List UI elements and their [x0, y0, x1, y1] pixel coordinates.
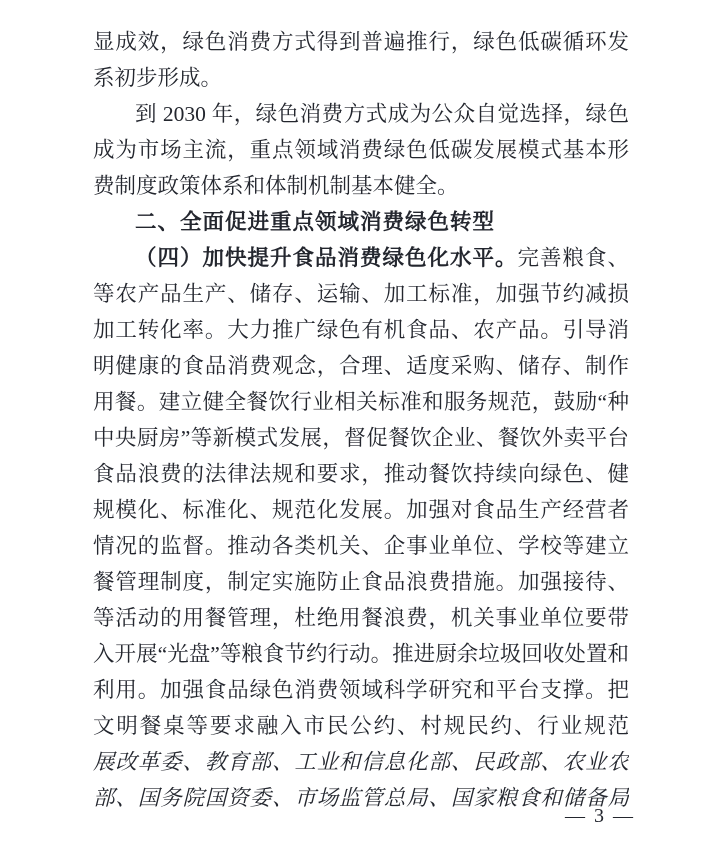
document-page: 显成效，绿色消费方式得到普遍推行，绿色低碳循环发展的消费体系初步形成。到 203… — [0, 0, 719, 843]
document-body: 显成效，绿色消费方式得到普遍推行，绿色低碳循环发展的消费体系初步形成。到 203… — [93, 24, 629, 816]
page-number: — 3 — — [565, 801, 635, 831]
body-text: 利用。加强食品绿色消费领域科学研究和平台支撑。把节粮减损、 — [93, 678, 629, 708]
body-text: 入开展“光盘”等粮食节约行动。推进厨余垃圾回收处置和资源化 — [93, 642, 629, 672]
body-text: 加工转化率。大力推广绿色有机食品、农产品。引导消费者树立文 — [93, 318, 629, 348]
body-text: 食品浪费的法律法规和要求，推动餐饮持续向绿色、健康、安全和 — [93, 462, 629, 492]
document-line: 到 2030 年，绿色消费方式成为公众自觉选择，绿色低碳产品 — [93, 96, 629, 132]
document-line: 文明餐桌等要求融入市民公约、村规民约、行业规范等。（国家发 — [93, 708, 629, 744]
body-text: 费制度政策体系和体制机制基本健全。 — [93, 174, 459, 198]
body-text: 显成效，绿色消费方式得到普遍推行，绿色低碳循环发展的消费体 — [93, 30, 629, 60]
document-line: 情况的监督。推动各类机关、企事业单位、学校等建立健全食堂用 — [93, 528, 629, 564]
document-line: 费制度政策体系和体制机制基本健全。 — [93, 168, 629, 204]
document-line: 入开展“光盘”等粮食节约行动。推进厨余垃圾回收处置和资源化 — [93, 636, 629, 672]
body-text: 中央厨房”等新模式发展，督促餐饮企业、餐饮外卖平台落实好反 — [93, 426, 629, 456]
body-text: 用餐。建立健全餐饮行业相关标准和服务规范，鼓励“种植基地+ — [93, 390, 629, 420]
body-text: 规模化、标准化、规范化发展。加强对食品生产经营者反食品浪费 — [93, 498, 629, 528]
document-line: 利用。加强食品绿色消费领域科学研究和平台支撑。把节粮减损、 — [93, 672, 629, 708]
document-line: 等农产品生产、储存、运输、加工标准，加强节约减损管理，提升 — [93, 276, 629, 312]
document-line: 成为市场主流，重点领域消费绿色低碳发展模式基本形成，绿色消 — [93, 132, 629, 168]
body-text: 等活动的用餐管理，杜绝用餐浪费，机关事业单位要带头落实。深 — [93, 606, 629, 636]
document-line: 加工转化率。大力推广绿色有机食品、农产品。引导消费者树立文 — [93, 312, 629, 348]
document-line: 部、国务院国资委、市场监管总局、国家粮食和储备局等部门按职 — [93, 780, 629, 816]
body-text: 成为市场主流，重点领域消费绿色低碳发展模式基本形成，绿色消 — [93, 138, 629, 168]
document-line: 规模化、标准化、规范化发展。加强对食品生产经营者反食品浪费 — [93, 492, 629, 528]
document-line: 显成效，绿色消费方式得到普遍推行，绿色低碳循环发展的消费体 — [93, 24, 629, 60]
body-text: 文明餐桌等要求融入市民公约、村规民约、行业规范等。 — [93, 714, 629, 744]
body-text: 明健康的食品消费观念，合理、适度采购、储存、制作食品和点餐、 — [93, 354, 629, 384]
body-text: 系初步形成。 — [93, 66, 222, 90]
section-heading: 二、全面促进重点领域消费绿色转型 — [93, 204, 629, 240]
department-list-text: 展改革委、教育部、工业和信息化部、民政部、农业农村部、商务 — [93, 750, 629, 780]
document-line: 用餐。建立健全餐饮行业相关标准和服务规范，鼓励“种植基地+ — [93, 384, 629, 420]
item-title-text: （四）加快提升食品消费绿色化水平。 — [135, 246, 517, 270]
document-line: 系初步形成。 — [93, 60, 629, 96]
document-line: 餐管理制度，制定实施防止食品浪费措施。加强接待、会议、培训 — [93, 564, 629, 600]
document-line: 等活动的用餐管理，杜绝用餐浪费，机关事业单位要带头落实。深 — [93, 600, 629, 636]
document-line: 中央厨房”等新模式发展，督促餐饮企业、餐饮外卖平台落实好反 — [93, 420, 629, 456]
document-line: （四）加快提升食品消费绿色化水平。完善粮食、蔬菜、水果 — [93, 240, 629, 276]
body-text: 等农产品生产、储存、运输、加工标准，加强节约减损管理，提升 — [93, 282, 629, 312]
body-text: 餐管理制度，制定实施防止食品浪费措施。加强接待、会议、培训 — [93, 570, 629, 600]
document-line: 食品浪费的法律法规和要求，推动餐饮持续向绿色、健康、安全和 — [93, 456, 629, 492]
body-text: 到 2030 年，绿色消费方式成为公众自觉选择，绿色低碳产品 — [93, 102, 629, 132]
body-text: 二、全面促进重点领域消费绿色转型 — [135, 210, 495, 234]
document-line: 展改革委、教育部、工业和信息化部、民政部、农业农村部、商务 — [93, 744, 629, 780]
document-line: 明健康的食品消费观念，合理、适度采购、储存、制作食品和点餐、 — [93, 348, 629, 384]
body-text: 情况的监督。推动各类机关、企事业单位、学校等建立健全食堂用 — [93, 534, 629, 564]
department-list-text: 部、国务院国资委、市场监管总局、国家粮食和储备局等部门按职 — [93, 786, 629, 816]
